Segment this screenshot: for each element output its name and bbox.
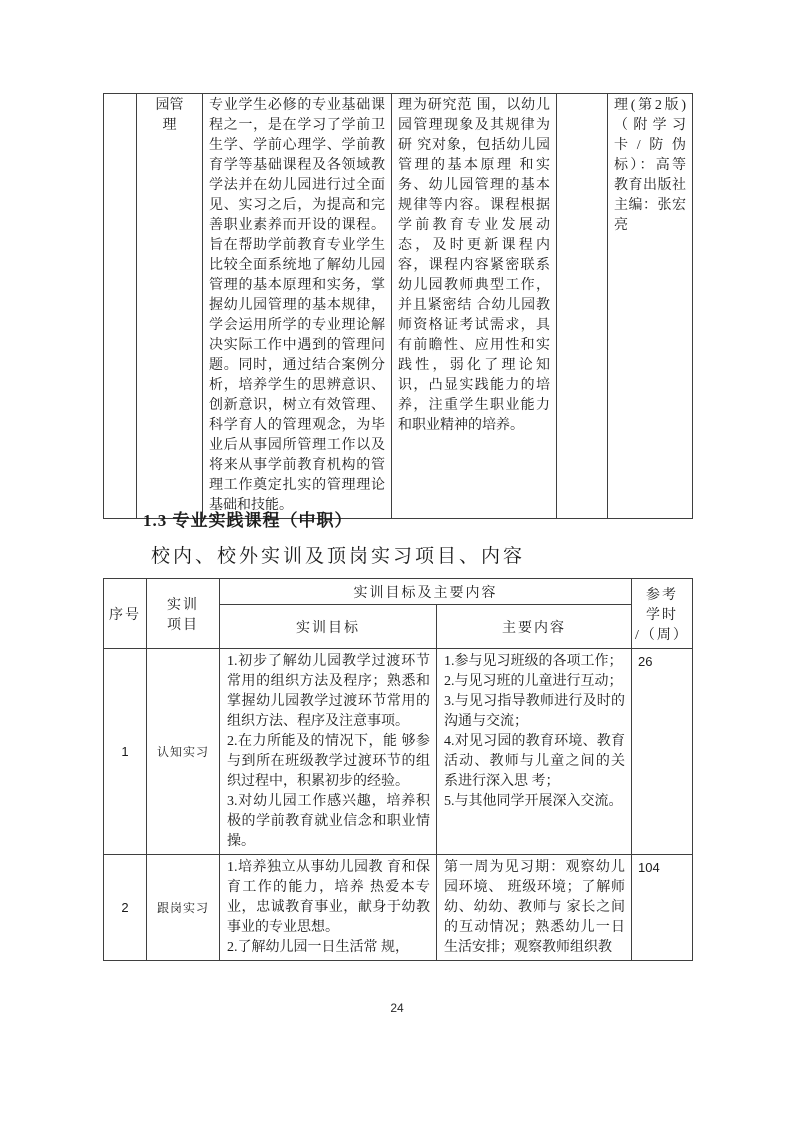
section-heading: 1.3 专业实践课程（中职） xyxy=(143,506,353,531)
row2-index-cell: 2 xyxy=(104,855,147,961)
row2-target-cell: 1.培养独立从事幼儿园教 育和保育工作的能力，培养 热爱本专业，忠诚教育事业，献… xyxy=(220,855,437,961)
course-description-right-cell: 理为研究范 围，以幼儿园管理现象及其规律为研 究对象，包括幼儿园管理的基本原理 … xyxy=(392,94,557,519)
course-table-row: 园管 理 专业学生必修的专业基础课程之一，是在学习了学前卫生学、学前心理学、学前… xyxy=(104,94,693,519)
row1-content-cell: 1.参与见习班级的各项工作； 2.与见习班的儿童进行互动； 3.与见习指导教师进… xyxy=(437,649,632,855)
page-number: 24 xyxy=(0,1001,794,1015)
row1-hours-cell: 26 xyxy=(632,649,693,855)
course-description-left-cell: 专业学生必修的专业基础课程之一，是在学习了学前卫生学、学前心理学、学前教 育学等… xyxy=(203,94,392,519)
col-header-project: 实训 项目 xyxy=(147,579,220,649)
document-page: 园管 理 专业学生必修的专业基础课程之一，是在学习了学前卫生学、学前心理学、学前… xyxy=(0,0,794,1122)
row1-target-cell: 1.初步了解幼儿园教学过渡环节常用的组织方法及程序；熟悉和掌握幼儿园教学过渡环节… xyxy=(220,649,437,855)
col-header-target: 实训目标 xyxy=(220,605,437,649)
col-header-group: 实训目标及主要内容 xyxy=(220,579,632,605)
practice-table: 序号 实训 项目 实训目标及主要内容 参考 学时 /（周） 实训目标 主要内容 … xyxy=(103,578,693,961)
course-name-cell: 园管 理 xyxy=(137,94,203,519)
course-table: 园管 理 专业学生必修的专业基础课程之一，是在学习了学前卫生学、学前心理学、学前… xyxy=(103,93,693,519)
row2-hours-cell: 104 xyxy=(632,855,693,961)
course-empty-cell-middle xyxy=(557,94,608,519)
col-header-hours: 参考 学时 /（周） xyxy=(632,579,693,649)
row2-project-cell: 跟岗实习 xyxy=(147,855,220,961)
table-row-2: 2 跟岗实习 1.培养独立从事幼儿园教 育和保育工作的能力，培养 热爱本专业，忠… xyxy=(104,855,693,961)
table-caption: 校内、校外实训及顶岗实习项目、内容 xyxy=(151,541,525,568)
row1-project-cell: 认知实习 xyxy=(147,649,220,855)
practice-table-header-row-1: 序号 实训 项目 实训目标及主要内容 参考 学时 /（周） xyxy=(104,579,693,605)
row2-content-cell: 第一周为见习期：观察幼儿园环境、 班级环境；了解师幼、幼幼、教师与 家长之间的互… xyxy=(437,855,632,961)
col-header-content: 主要内容 xyxy=(437,605,632,649)
table-row-1: 1 认知实习 1.初步了解幼儿园教学过渡环节常用的组织方法及程序；熟悉和掌握幼儿… xyxy=(104,649,693,855)
row1-index-cell: 1 xyxy=(104,649,147,855)
course-empty-cell-left xyxy=(104,94,137,519)
col-header-index: 序号 xyxy=(104,579,147,649)
course-textbook-cell: 理(第2版)（附学习卡/防伪标）：高等教育出版社 主编：张宏亮 xyxy=(608,94,693,519)
